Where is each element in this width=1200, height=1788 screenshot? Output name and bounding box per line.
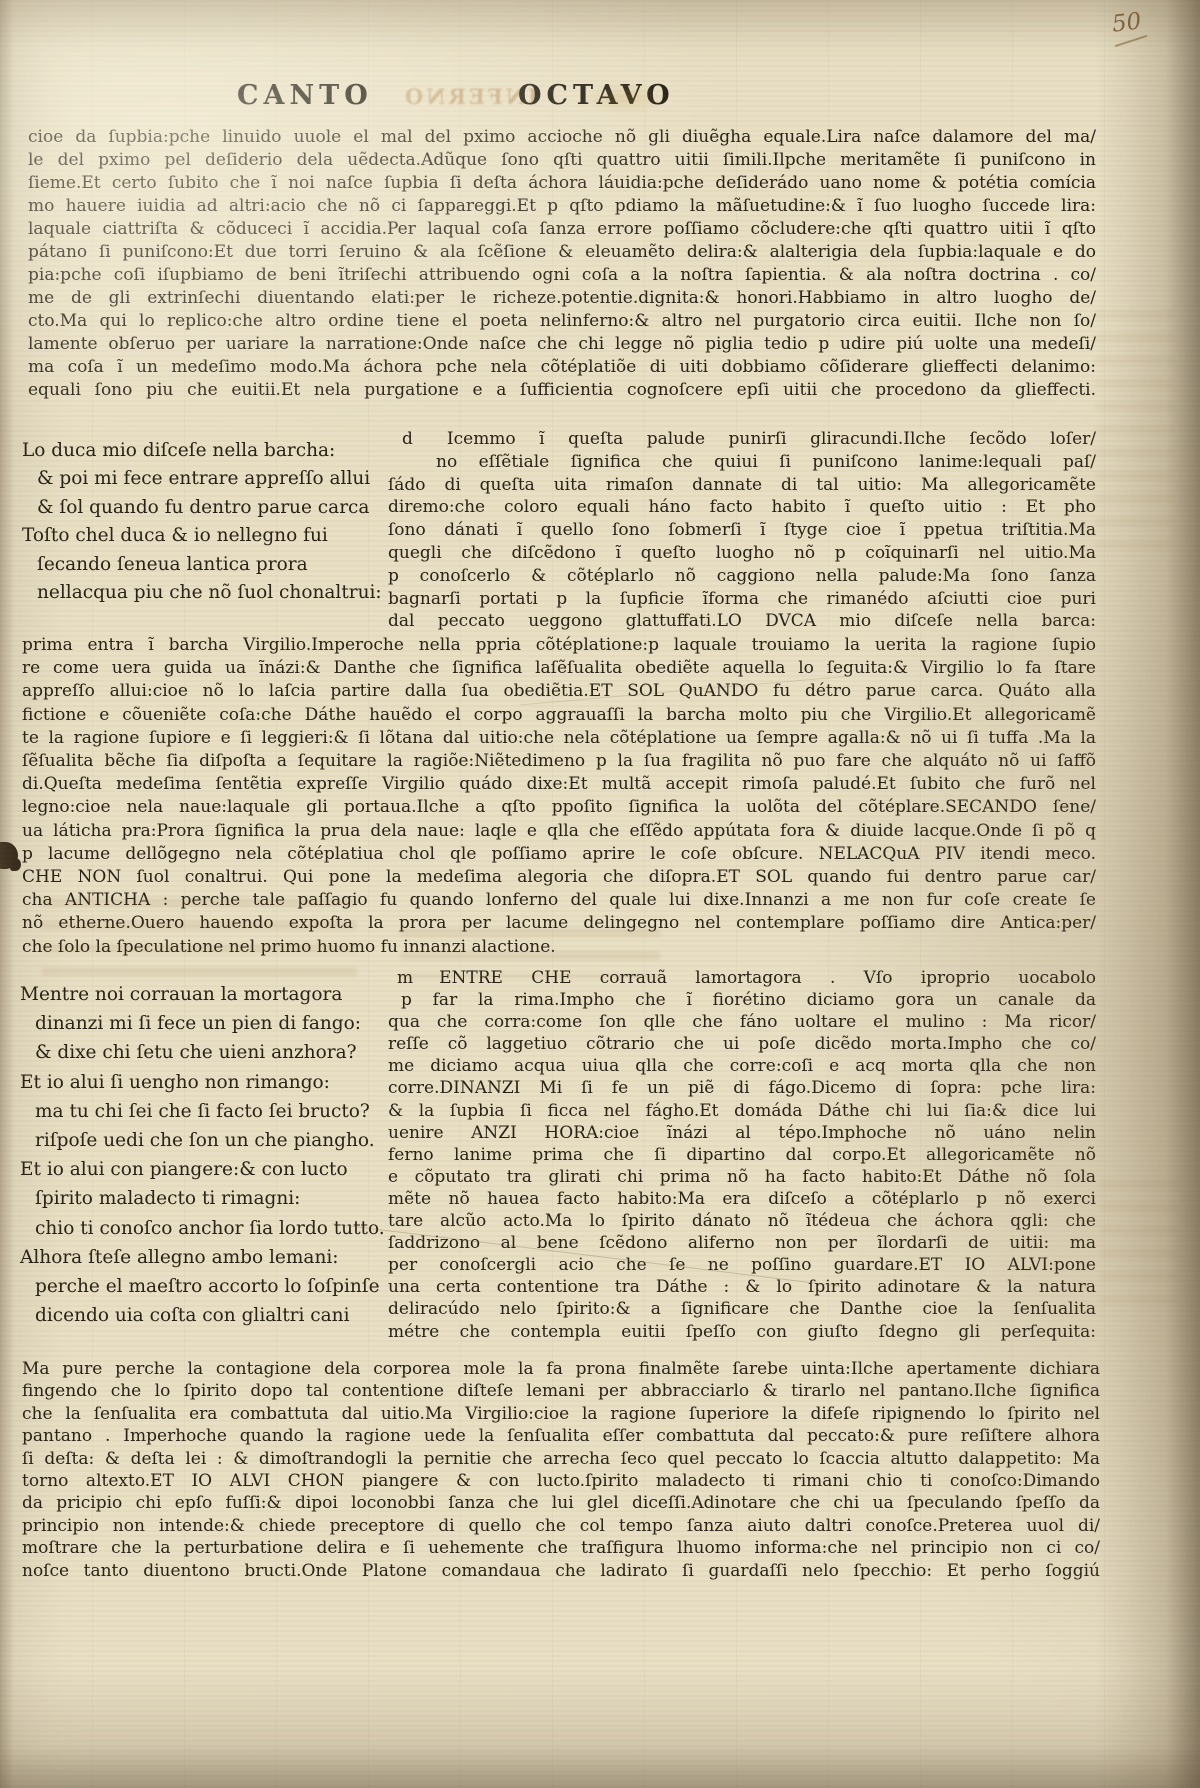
text-line: pátano ſi puniſcono:Et due torri ſeruino…	[28, 241, 1096, 264]
text-line: perche el maeſtro accorto lo ſoſpinſe	[20, 1272, 390, 1301]
text-line: cioe da ſupbia:pche linuido uuole el mal…	[28, 126, 1096, 149]
text-line: mo hauere iuidia ad altri:acio che nõ ci…	[28, 195, 1096, 218]
text-line: che la ſenſualita era combattuta dal uit…	[22, 1403, 1100, 1425]
text-line: fingendo che lo ſpirito dopo tal content…	[22, 1380, 1100, 1402]
commentary-1-first-line: dIcemmo ĩ queſta palude punirſi gliracun…	[388, 428, 1096, 451]
text-line: me de gli extrinſechi diuentando elati:p…	[28, 287, 1096, 310]
text-line: nõ etherne.Ouero hauendo expoſta la pror…	[22, 912, 1096, 935]
text-line: pia:pche coſi iſupbiamo de beni ĩtriſech…	[28, 264, 1096, 287]
commentary-2-lines: p far la rima.Impho che ĩ fiorétino dici…	[388, 989, 1096, 1343]
text-line: & poi mi fece entrare appreſſo allui	[22, 465, 392, 493]
text-line: reſſe cõ laggetiuo cõtrario che ui poſe …	[388, 1033, 1096, 1055]
verse-block-2: Mentre noi corrauan la mortagoradinanzi …	[20, 980, 390, 1330]
text-line: torno altexto.ET IO ALVI CHON piangere &…	[22, 1470, 1100, 1492]
commentary-2-lead-letter: m	[397, 968, 413, 988]
text-line: fictione e cõueniẽte coſa:che Dáthe hauẽ…	[22, 704, 1096, 727]
text-line: per conoſcergli acio che ſe ne poſſino g…	[388, 1254, 1096, 1276]
text-line: cto.Ma qui lo replico:che altro ordine t…	[28, 310, 1096, 333]
text-line: dal peccato ueggono glattuffati.LO DVCA …	[388, 610, 1096, 633]
text-line: e cõputato tra glirati chi prima nõ ha f…	[388, 1166, 1096, 1188]
text-line: chio ti conoſco anchor ſia lordo tutto.	[20, 1214, 390, 1243]
text-line: lamente obſeruo per uariare la narration…	[28, 333, 1096, 356]
text-line: ſádo di queſta uita rimaſon dannate di t…	[388, 474, 1096, 497]
text-line: mẽte nõ hauea facto habito:Ma era diſceſ…	[388, 1188, 1096, 1210]
text-line: qua che corra:come ſon qlle che fáno uol…	[388, 1011, 1096, 1033]
text-line: p conoſcerlo & cõtéplarlo nõ caggiono ne…	[388, 565, 1096, 588]
commentary-1-lead-letter: d	[402, 429, 413, 449]
text-line: una certa contentione tra Dáthe : & lo ſ…	[388, 1276, 1096, 1298]
text-line: che ſolo la ſpeculatione nel primo huomo…	[22, 936, 1096, 959]
text-line: nellacqua piu che nõ ſuol chonaltrui:	[22, 579, 392, 607]
text-line: noſce tanto diuentono bructi.Onde Platon…	[22, 1560, 1100, 1582]
text-line: ſecando ſeneua lantica prora	[22, 551, 392, 579]
text-line: corre.DINANZI Mi ſi fe un piẽ di fágo.Di…	[388, 1077, 1096, 1099]
text-line: ſaddrizono al bene ſcẽdono aliferno non …	[388, 1232, 1096, 1254]
running-title-canto: CANTO	[237, 80, 373, 111]
commentary-2-first-line: mENTRE CHE corrauã lamortagora . Vſo ipr…	[388, 967, 1096, 989]
text-line: da pricipio chi epſo fuſſi:& dipoi locon…	[22, 1492, 1100, 1514]
text-line: principio non intende:& chiede preceptor…	[22, 1515, 1100, 1537]
text-line: laquale ciattriſta & cõduceci ĩ accidia.…	[28, 218, 1096, 241]
text-line: CHE NON ſuol conaltrui. Qui pone la mede…	[22, 866, 1096, 889]
text-line: & la ſupbia ſi ficca nel fágho.Et domáda…	[388, 1100, 1096, 1122]
text-line: legno:cioe nela naue:laquale gli portaua…	[22, 796, 1096, 819]
text-line: le del pximo pel deſiderio dela uẽdecta.…	[28, 149, 1096, 172]
text-line: p far la rima.Impho che ĩ fiorétino dici…	[388, 989, 1096, 1011]
text-line: deliracúdo nelo ſpirito:& a ſignificare …	[388, 1298, 1096, 1320]
show-through-bleed	[1094, 310, 1174, 560]
text-line: p lacume dellõgegno nela cõtéplatiua cho…	[22, 843, 1096, 866]
commentary-block-2: mENTRE CHE corrauã lamortagora . Vſo ipr…	[388, 967, 1096, 1343]
text-line: bagnarſi portati p la ſupficie ĩforma ch…	[388, 588, 1096, 611]
text-line: ſẽſualita bẽche ſia diſpoſta a ſequitare…	[22, 750, 1096, 773]
text-line: ma coſa ĩ un medeſimo modo.Ma áchora pch…	[28, 356, 1096, 379]
text-line: diremo:che coloro equali háno facto habi…	[388, 496, 1096, 519]
text-line: pantano . Imperhoche quando la ragione u…	[22, 1425, 1100, 1447]
text-line: uenire ANZI HORA:cioe ĩnázi al tépo.Imph…	[388, 1122, 1096, 1144]
text-line: re come uera guida ua ĩnázi:& Danthe che…	[22, 657, 1096, 680]
text-line: ſi deſta: & deſta lei : & dimoſtrandogli…	[22, 1448, 1100, 1470]
handwritten-folio-number: 50	[1111, 8, 1143, 37]
text-line: ſpirito maladecto ti rimagni:	[20, 1184, 390, 1213]
text-line: Mentre noi corrauan la mortagora	[20, 980, 390, 1009]
show-through-bleed	[1100, 1180, 1178, 1310]
text-line: Et io alui ſi uengho non rimango:	[20, 1068, 390, 1097]
text-line: appreſſo allui:cioe nõ lo laſcia partire…	[22, 680, 1096, 703]
text-line: Et io alui con piangere:& con lucto	[20, 1155, 390, 1184]
commentary-1-first-text: Icemmo ĩ queſta palude punirſi gliracund…	[447, 429, 1096, 449]
text-line: Ma pure perche la contagione dela corpor…	[22, 1358, 1100, 1380]
text-line: moſtrare che la perturbatione delira e ſ…	[22, 1537, 1100, 1559]
text-line: & ſol quando fu dentro parue carca	[22, 494, 392, 522]
text-line: ferno lanime prima che ſi dipartino dal …	[388, 1144, 1096, 1166]
intro-commentary-paragraph: cioe da ſupbia:pche linuido uuole el mal…	[28, 126, 1096, 402]
verse-block-1: Lo duca mio diſceſe nella barcha:& poi m…	[22, 437, 392, 607]
text-line: cha ANTICHA : perche tale paſſagio fu qu…	[22, 889, 1096, 912]
text-line: tare alcũo acto.Ma lo ſpirito dánato nõ …	[388, 1210, 1096, 1232]
text-line: no eſſẽtiale ſignifica che quiui ſi puni…	[388, 451, 1096, 474]
text-line: riſpoſe uedi che ſon un che piangho.	[20, 1126, 390, 1155]
commentary-block-1: dIcemmo ĩ queſta palude punirſi gliracun…	[388, 428, 1096, 633]
text-line: Alhora ſteſe allegno ambo lemani:	[20, 1243, 390, 1272]
text-line: ſieme.Et certo ſubito che ĩ noi naſce ſu…	[28, 172, 1096, 195]
text-line: Lo duca mio diſceſe nella barcha:	[22, 437, 392, 465]
commentary-1-lines: no eſſẽtiale ſignifica che quiui ſi puni…	[388, 451, 1096, 633]
text-line: Toſto chel duca & io nellegno fui	[22, 522, 392, 550]
text-line: & dixe chi ſetu che uieni anzhora?	[20, 1038, 390, 1067]
text-line: di.Queſta medeſima ſentẽtia expreſſe Vir…	[22, 773, 1096, 796]
commentary-continuation-2: Ma pure perche la contagione dela corpor…	[22, 1358, 1100, 1582]
text-line: equali ſono piu che euitii.Et nela purga…	[28, 379, 1096, 402]
text-line: te la ragione ſupiore e ſi leggieri:& ſi…	[22, 727, 1096, 750]
text-line: ua láticha pra:Prora ſignifica la prua d…	[22, 820, 1096, 843]
text-line: métre che contempla euitii ſpeſſo con gi…	[388, 1321, 1096, 1343]
text-line: prima entra ĩ barcha Virgilio.Imperoche …	[22, 634, 1096, 657]
text-line: ma tu chi ſei che ſi facto ſei bructo?	[20, 1097, 390, 1126]
text-line: dicendo uia coſta con glialtri cani	[20, 1301, 390, 1330]
text-line: ſono dánati ĩ quello ſono ſobmerſi ĩ ſty…	[388, 519, 1096, 542]
manicule-ink-mark	[0, 842, 18, 869]
running-title-octavo: OCTAVO	[518, 80, 675, 111]
commentary-2-first-text: ENTRE CHE corrauã lamortagora . Vſo ipro…	[439, 968, 1096, 988]
text-line: quegli che diſcẽdono ĩ queſto luogho nõ …	[388, 542, 1096, 565]
text-line: me diciamo acqua uiua qlla che corre:coſ…	[388, 1055, 1096, 1077]
text-line: dinanzi mi ſi fece un pien di fango:	[20, 1009, 390, 1038]
commentary-continuation-1: prima entra ĩ barcha Virgilio.Imperoche …	[22, 634, 1096, 959]
